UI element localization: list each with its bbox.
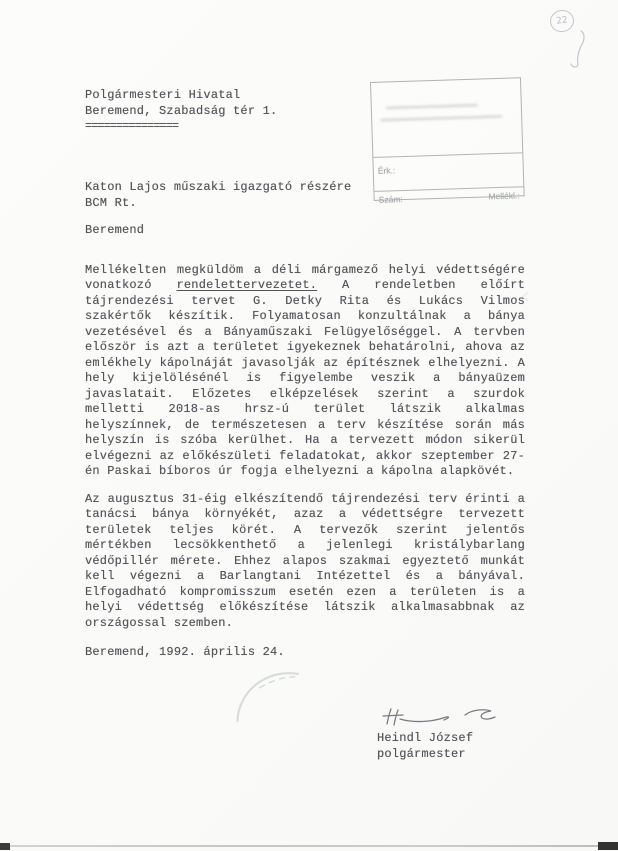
recipient-name: Katon Lajos műszaki igazgató részére (85, 180, 525, 196)
scan-edge-blob-right (598, 842, 618, 850)
recipient-company: BCM Rt. (85, 196, 525, 212)
recipient-block: Katon Lajos műszaki igazgató részére BCM… (85, 180, 525, 211)
scan-edge-blob-left (0, 843, 10, 850)
sender-name: Polgármesteri Hivatal (85, 88, 277, 104)
stamp-faint-text-smudge (386, 104, 478, 110)
underlined-term: rendelettervezetet. (177, 278, 318, 292)
stamp-faint-text-smudge (380, 115, 502, 122)
sender-address-block: Polgármesteri Hivatal Beremend, Szabadsá… (85, 88, 277, 135)
body-paragraph-1: Mellékelten megküldöm a déli márgamező h… (85, 263, 525, 480)
dateline: Beremend, 1992. április 24. (85, 645, 525, 661)
letter-body: Katon Lajos műszaki igazgató részére BCM… (85, 180, 525, 661)
stamp-erk-label: Érk.: (378, 165, 396, 176)
salutation-city: Beremend (85, 223, 525, 239)
signatory-name: Heindl József (377, 731, 507, 747)
sender-address: Beremend, Szabadság tér 1. (85, 104, 277, 120)
paragraph-text: A rendeletben előírt tájrendezési tervet… (85, 278, 525, 478)
scan-edge-line (8, 845, 602, 847)
stamp-row-top (372, 102, 522, 157)
scanned-letter-page: 22 Polgármesteri Hivatal Beremend, Szaba… (0, 0, 618, 851)
signature-block: Heindl József polgármester (377, 706, 507, 762)
handwritten-signature-icon (377, 706, 507, 730)
pencil-handwritten-mark-icon (566, 28, 588, 68)
sender-divider: =============== (85, 119, 277, 135)
signatory-title: polgármester (377, 747, 507, 763)
faint-round-stamp-icon (225, 661, 331, 737)
body-paragraph-2: Az augusztus 31-éig elkészítendő tájrend… (85, 492, 525, 632)
scan-bottom-edge (0, 841, 618, 851)
